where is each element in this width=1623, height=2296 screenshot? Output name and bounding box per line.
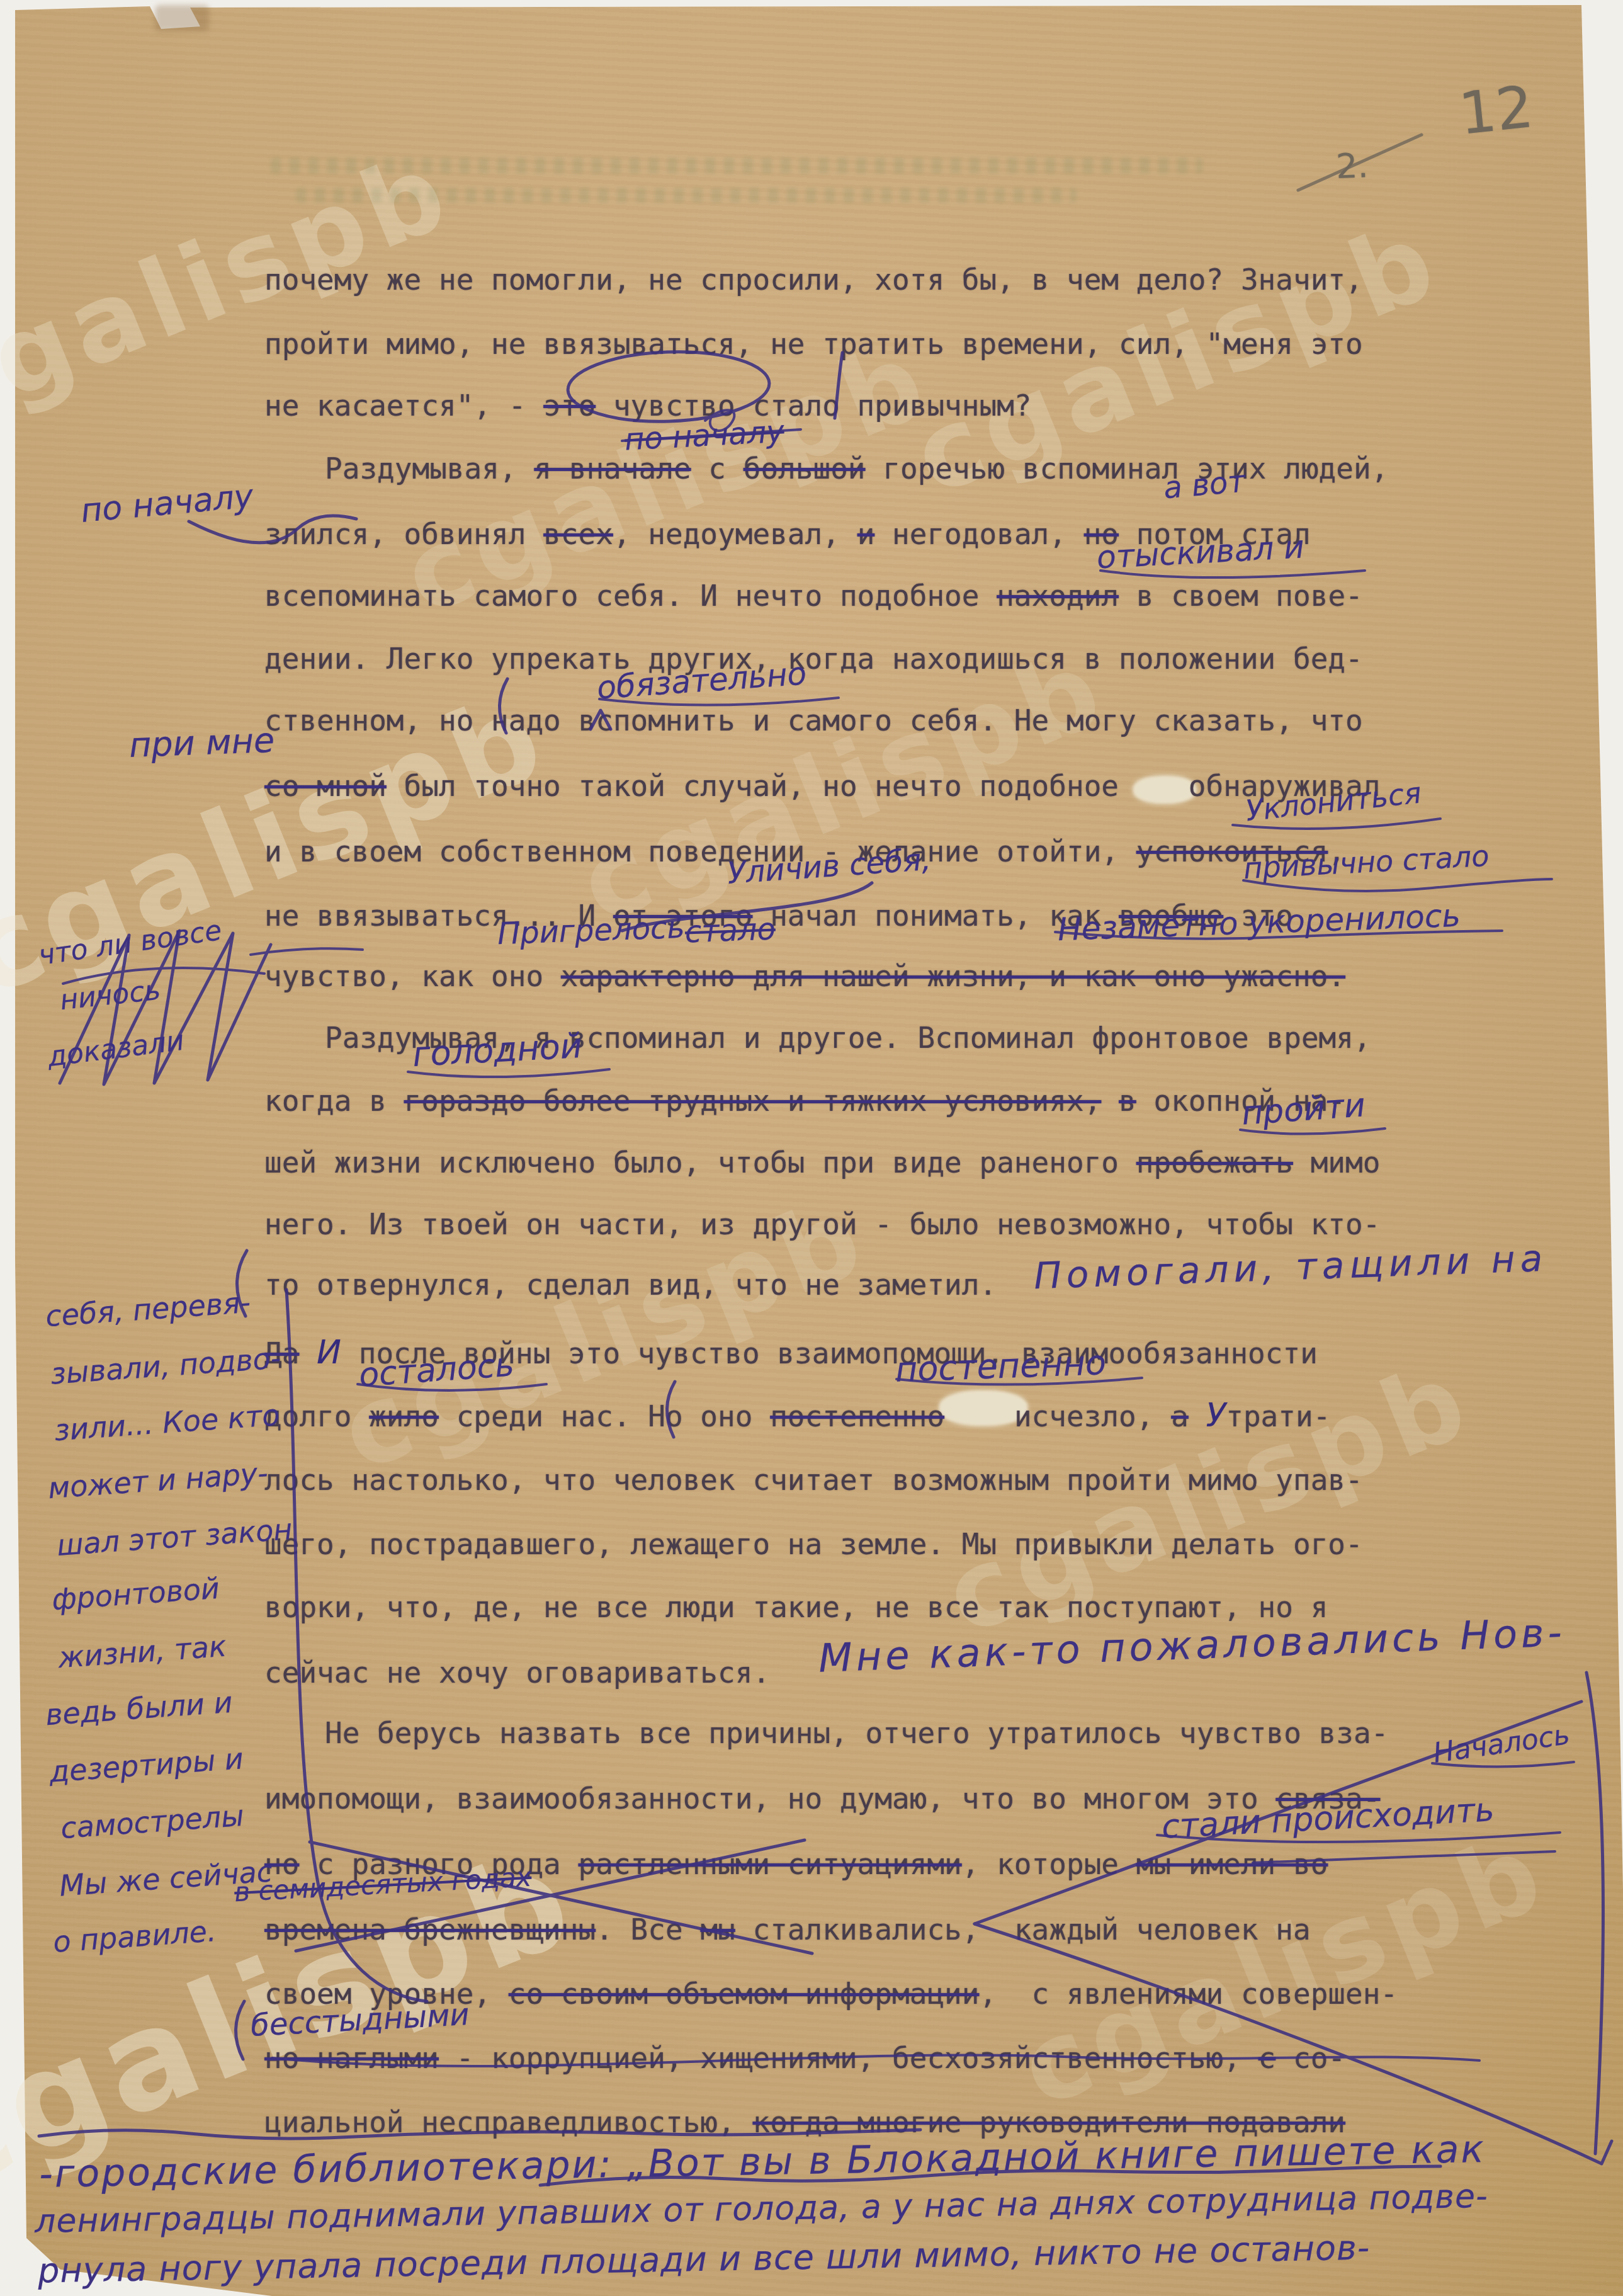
typed-segment xyxy=(1101,1084,1119,1118)
handwritten-annotation: Пригрелось xyxy=(497,910,685,952)
typed-line: но наглыми - коррупцией, хищениями, бесх… xyxy=(264,2039,1345,2077)
typed-line: когда в гораздо более трудных и тяжких у… xyxy=(264,1082,1345,1120)
ghost-text-bleed xyxy=(296,188,1077,203)
typed-segment: со- xyxy=(1275,2041,1345,2075)
typed-segment-struck: с xyxy=(1258,2041,1276,2075)
typed-segment: лось настолько, что человек считает возм… xyxy=(264,1463,1363,1497)
typed-segment-struck: жило xyxy=(369,1399,439,1433)
sheet-number-pencil: 12 xyxy=(1456,73,1537,148)
handwritten-inline-letter: У xyxy=(1206,1397,1226,1435)
typed-segment: ворки, что, де, не все люди такие, не вс… xyxy=(264,1590,1328,1624)
typed-line: ственном, но надо вспомнить и самого себ… xyxy=(264,702,1363,739)
typed-segment: злился, обвинял xyxy=(264,517,543,551)
typed-segment-struck: со своим объемом информации xyxy=(509,1977,980,2011)
typed-segment: почему же не помогли, не спросили, хотя … xyxy=(264,263,1363,297)
typed-segment: исчезло, xyxy=(944,1399,1171,1433)
paper-tear xyxy=(155,5,209,31)
handwritten-annotation: постепенно xyxy=(895,1343,1107,1390)
typed-segment-struck: но наглыми xyxy=(264,2041,439,2075)
typed-segment-struck: пробежать xyxy=(1136,1145,1293,1179)
typed-segment: трати- xyxy=(1226,1399,1330,1433)
typed-segment: всепоминать самого себя. И нечто подобно… xyxy=(264,579,997,613)
typed-segment xyxy=(299,1336,317,1370)
manuscript-scan: cgalispbcgalispbcgalispbcgalispbcgalispb… xyxy=(0,0,1623,2296)
typed-line: пройти мимо, не ввязываться, не тратить … xyxy=(264,325,1363,363)
typed-segment: горечью вспоминал этих людей, xyxy=(866,452,1389,486)
typed-segment: шей жизни исключено было, чтобы при виде… xyxy=(264,1145,1136,1179)
handwritten-annotation: стало xyxy=(684,912,776,950)
typed-segment-struck: я вначале xyxy=(534,452,691,486)
typed-line: чувство, как оно характерно для нашей жи… xyxy=(264,957,1345,995)
typed-segment-struck: гораздо более трудных и тяжких условиях, xyxy=(404,1084,1102,1118)
typed-segment: пройти мимо, не ввязываться, не тратить … xyxy=(264,327,1363,361)
typed-segment: , с явлениями совершен- xyxy=(979,1977,1398,2011)
typed-segment: ственном, но надо вспомнить и самого себ… xyxy=(264,703,1363,737)
typed-line: не касается", - это чувство стало привыч… xyxy=(264,387,1032,424)
typed-segment: был точно такой случай, но нечто подобно… xyxy=(387,769,1136,803)
typed-segment: негодовал, xyxy=(874,517,1083,551)
typed-line: него. Из твоей он части, из другой - был… xyxy=(264,1205,1380,1243)
typed-segment-struck: а xyxy=(1171,1399,1189,1433)
typed-line: всепоминать самого себя. И нечто подобно… xyxy=(264,577,1363,615)
typed-segment-struck: мы имели во xyxy=(1136,1847,1328,1881)
typed-segment-struck: постепенно xyxy=(770,1399,944,1433)
handwritten-annotation: при мне xyxy=(128,720,275,765)
typed-line: ворки, что, де, не все люди такие, не вс… xyxy=(264,1588,1328,1626)
typed-segment-struck: растленными ситуациями xyxy=(579,1847,962,1881)
typed-segment: то отвернулся, сделал вид, что не замети… xyxy=(264,1268,997,1302)
typed-line: то отвернулся, сделал вид, что не замети… xyxy=(264,1266,997,1304)
typed-segment: с xyxy=(691,452,744,486)
typed-page-number: 2. xyxy=(1335,145,1369,186)
typed-segment-struck: времена брежневщины xyxy=(264,1912,596,1946)
typed-segment-struck: и xyxy=(857,517,875,551)
typed-line: дении. Легко упрекать других, когда нахо… xyxy=(264,640,1363,678)
typed-line: лось настолько, что человек считает возм… xyxy=(264,1461,1363,1499)
typed-segment: мимо xyxy=(1293,1145,1380,1179)
typed-segment: , недоумевал, xyxy=(613,517,857,551)
typed-segment-struck: находил xyxy=(997,579,1119,613)
typed-segment-struck: большой xyxy=(744,452,866,486)
typed-segment: когда в xyxy=(264,1084,404,1118)
typed-line: Не берусь назвать все причины, отчего ут… xyxy=(325,1714,1388,1752)
typed-segment: в своем пове- xyxy=(1119,579,1363,613)
typed-segment: шего, пострадавшего, лежащего на земле. … xyxy=(264,1527,1363,1561)
typed-segment-struck: характерно для нашей жизни, и как оно уж… xyxy=(561,959,1345,993)
typed-segment-struck: мы xyxy=(700,1912,735,1946)
typed-segment: - коррупцией, хищениями, бесхозяйственно… xyxy=(439,2041,1258,2075)
typed-segment xyxy=(1189,1399,1206,1433)
handwritten-inline-letter: И xyxy=(317,1334,341,1372)
typed-segment: , которые xyxy=(962,1847,1136,1881)
typed-segment-struck: со мной xyxy=(264,769,387,803)
typed-segment: среди нас. Но оно xyxy=(439,1399,770,1433)
typed-segment xyxy=(1136,769,1189,803)
typed-segment: сталкивались, каждый человек на xyxy=(735,1912,1311,1946)
typed-segment: имопомощи, взаимообязанности, но думаю, … xyxy=(264,1782,1275,1816)
typed-line: шей жизни исключено было, чтобы при виде… xyxy=(264,1144,1380,1181)
typed-segment: чувство стало привычным? xyxy=(596,389,1031,423)
handwritten-annotation: а вот xyxy=(1162,463,1247,506)
typed-line: почему же не помогли, не спросили, хотя … xyxy=(264,261,1363,298)
typed-line: времена брежневщины. Все мы сталкивались… xyxy=(264,1911,1311,1948)
typed-line: долго жило среди нас. Но оно постепенно … xyxy=(264,1397,1330,1435)
typed-segment: Раздумывая, xyxy=(325,452,534,486)
typed-segment: чувство, как оно xyxy=(264,959,561,993)
typed-segment: него. Из твоей он части, из другой - был… xyxy=(264,1207,1380,1241)
typed-line: сейчас не хочу оговариваться. xyxy=(264,1654,770,1691)
typed-segment-struck: в xyxy=(1119,1084,1136,1118)
ghost-text-bleed xyxy=(271,157,1202,174)
typed-segment: Не берусь назвать все причины, отчего ут… xyxy=(325,1716,1388,1750)
typed-segment: и в своем собственном поведении - желани… xyxy=(264,834,1136,868)
typed-segment: дении. Легко упрекать других, когда нахо… xyxy=(264,642,1363,676)
typed-segment: циальной несправедливостью, xyxy=(264,2105,752,2139)
typed-line: со мной был точно такой случай, но нечто… xyxy=(264,767,1380,805)
typed-segment-struck: это xyxy=(543,389,596,423)
typed-segment-struck: всех xyxy=(543,517,613,551)
typed-segment: не касается", - xyxy=(264,389,543,423)
typed-segment: сейчас не хочу оговариваться. xyxy=(264,1656,770,1690)
typed-line: шего, пострадавшего, лежащего на земле. … xyxy=(264,1525,1363,1563)
typed-segment: . Все xyxy=(596,1912,700,1946)
